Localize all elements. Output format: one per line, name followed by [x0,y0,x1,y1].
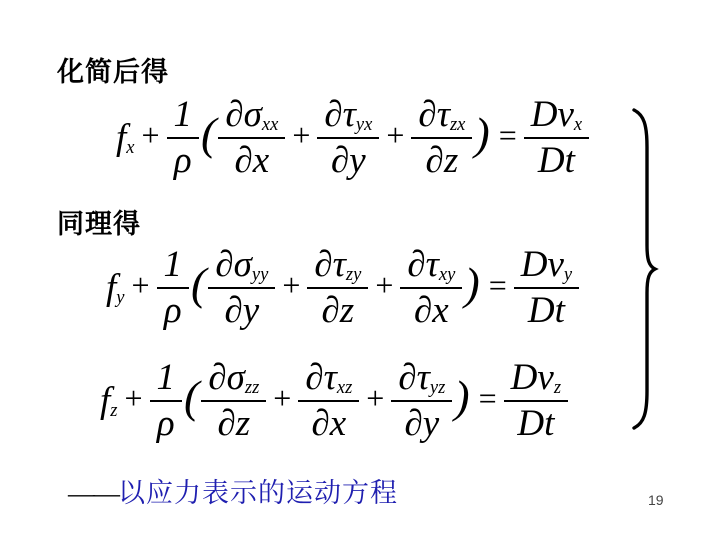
material-derivative-term: Dvy Dt [514,244,579,331]
derivative-numerator: Dv [521,244,564,285]
plus-operator: + [132,267,150,304]
equals-sign: = [489,267,507,304]
stress-subscript: yx [356,115,372,135]
normal-stress-term: ∂σxx ∂x [218,94,285,181]
body-force-term: fy [106,266,125,309]
body-force-term: fz [100,379,117,422]
stress-subscript: xz [337,378,352,398]
open-paren: ( [201,107,216,160]
shear-stress-term: ∂τyx ∂y [317,94,379,181]
body-force-symbol: f [100,380,110,421]
body-force-subscript: y [116,288,124,308]
partial-denominator: ∂x [311,402,346,444]
inverse-density-fraction: 1 ρ [150,357,183,444]
heading-simplified: 化简后得 [57,50,169,89]
plus-operator: + [292,117,310,154]
plus-operator: + [366,380,384,417]
body-force-symbol: f [106,267,116,308]
partial-denominator: ∂z [322,289,355,331]
inverse-density-fraction: 1 ρ [157,244,190,331]
stress-subscript: yy [252,265,268,285]
footer-dash: —— [68,478,118,508]
derivative-denominator: Dt [538,139,575,181]
partial-denominator: ∂x [414,289,449,331]
partial-numerator: ∂τ [398,357,430,398]
footer-label: 以应力表示的运动方程 [118,478,398,508]
partial-denominator: ∂y [331,139,366,181]
page-number: 19 [648,492,664,508]
shear-stress-term: ∂τxy ∂x [400,244,462,331]
stress-subscript: zx [450,115,465,135]
close-paren: ) [474,107,489,160]
footer-annotation: ——以应力表示的运动方程 [68,471,398,510]
normal-stress-term: ∂σzz ∂z [201,357,266,444]
shear-stress-term: ∂τzy ∂z [307,244,368,331]
stress-subscript: zy [346,265,361,285]
shear-stress-term: ∂τyz ∂y [391,357,452,444]
fraction-numerator: 1 [150,357,183,401]
partial-numerator: ∂τ [418,94,450,135]
plus-operator: + [273,380,291,417]
velocity-subscript: z [554,378,561,398]
partial-denominator: ∂y [404,402,439,444]
open-paren: ( [191,257,206,310]
plus-operator: + [142,117,160,154]
normal-stress-term: ∂σyy ∂y [208,244,275,331]
partial-denominator: ∂z [217,402,250,444]
equation-y-momentum: fy + 1 ρ ( ∂σyy ∂y + ∂τzy ∂z + ∂τxy ∂x )… [106,244,579,331]
fraction-numerator: 1 [167,94,200,138]
partial-numerator: ∂σ [225,94,262,135]
material-derivative-term: Dvz Dt [504,357,568,444]
shear-stress-term: ∂τzx ∂z [411,94,472,181]
equals-sign: = [479,380,497,417]
equation-x-momentum: fx + 1 ρ ( ∂σxx ∂x + ∂τyx ∂y + ∂τzx ∂z )… [116,94,589,181]
partial-numerator: ∂τ [314,244,346,285]
close-paren: ) [464,257,479,310]
fraction-numerator: 1 [157,244,190,288]
partial-numerator: ∂τ [305,357,337,398]
derivative-denominator: Dt [517,402,554,444]
partial-numerator: ∂τ [407,244,439,285]
derivative-numerator: Dv [531,94,574,135]
fraction-denominator: ρ [174,139,192,181]
partial-numerator: ∂τ [324,94,356,135]
velocity-subscript: y [564,265,572,285]
fraction-denominator: ρ [164,289,182,331]
open-paren: ( [184,370,199,423]
heading-similarly: 同理得 [57,202,141,241]
plus-operator: + [386,117,404,154]
body-force-symbol: f [116,117,126,158]
stress-subscript: xx [262,115,278,135]
equation-z-momentum: fz + 1 ρ ( ∂σzz ∂z + ∂τxz ∂x + ∂τyz ∂y )… [100,357,568,444]
body-force-subscript: z [110,401,117,421]
partial-denominator: ∂x [235,139,270,181]
right-brace-icon [627,107,659,431]
close-paren: ) [454,370,469,423]
plus-operator: + [124,380,142,417]
partial-numerator: ∂σ [208,357,245,398]
partial-denominator: ∂z [426,139,459,181]
inverse-density-fraction: 1 ρ [167,94,200,181]
derivative-denominator: Dt [528,289,565,331]
body-force-term: fx [116,116,135,159]
stress-subscript: zz [245,378,259,398]
stress-subscript: xy [439,265,455,285]
velocity-subscript: x [574,115,582,135]
partial-numerator: ∂σ [215,244,252,285]
plus-operator: + [282,267,300,304]
partial-denominator: ∂y [225,289,260,331]
body-force-subscript: x [126,138,134,158]
stress-subscript: yz [430,378,445,398]
fraction-denominator: ρ [157,402,175,444]
shear-stress-term: ∂τxz ∂x [298,357,359,444]
material-derivative-term: Dvx Dt [524,94,589,181]
plus-operator: + [375,267,393,304]
equals-sign: = [499,117,517,154]
derivative-numerator: Dv [511,357,554,398]
